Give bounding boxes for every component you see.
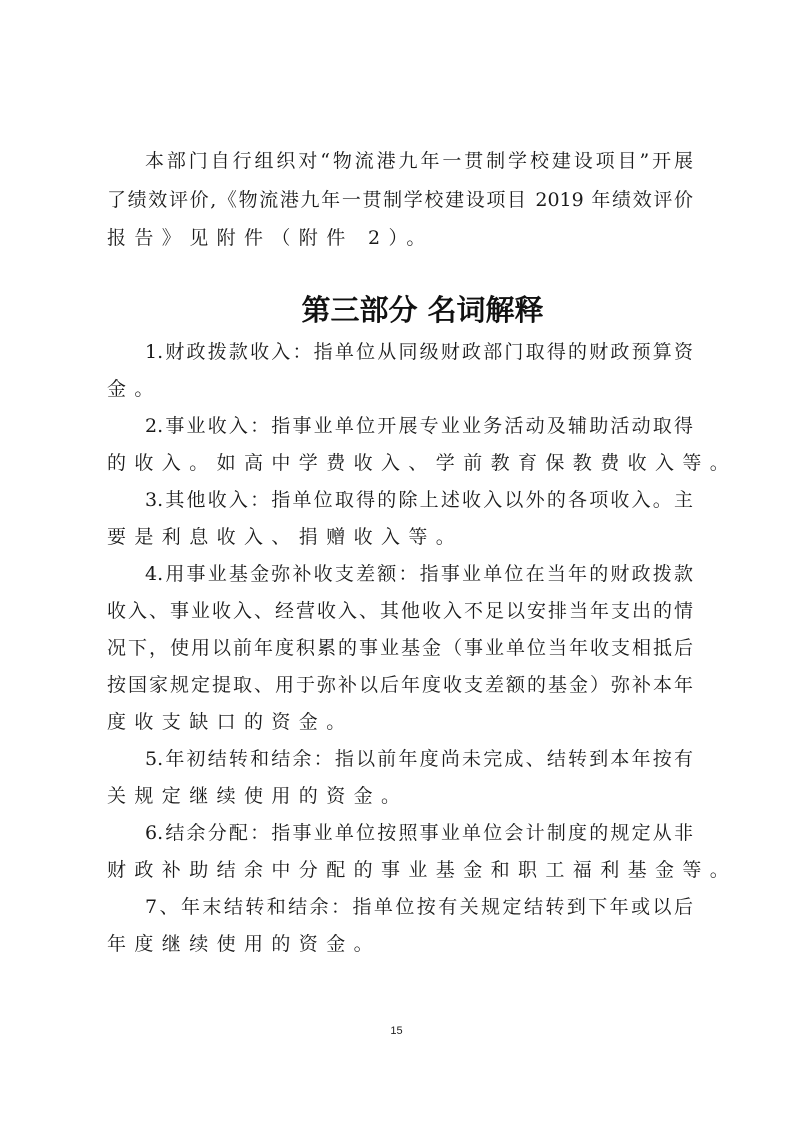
definition-line: 1.财政拨款收入：指单位从同级财政部门取得的财政预算资 [145,337,693,367]
definition-line: 况下，使用以前年度积累的事业基金（事业单位当年收支相抵后 [107,633,693,663]
intro-line-2: 了绩效评价,《物流港九年一贯制学校建设项目 2019 年绩效评价 [107,185,693,215]
definition-line: 3.其他收入：指单位取得的除上述收入以外的各项收入。主 [145,485,693,515]
definition-line: 年度继续使用的资金。 [107,929,693,959]
definition-line: 收入、事业收入、经营收入、其他收入不足以安排当年支出的情 [107,596,693,626]
definition-line: 要是利息收入、捐赠收入等。 [107,522,693,552]
intro-line-3: 报告》见附件（附件 2）。 [107,223,693,253]
definition-line: 按国家规定提取、用于弥补以后年度收支差额的基金）弥补本年 [107,670,693,700]
definition-line: 金。 [107,374,693,404]
definition-line: 的收入。如高中学费收入、学前教育保教费收入等。 [107,448,693,478]
document-page: 本部门自行组织对“物流港九年一贯制学校建设项目”开展 了绩效评价,《物流港九年一… [0,0,793,1122]
definition-line: 关规定继续使用的资金。 [107,781,693,811]
definition-line: 2.事业收入：指事业单位开展专业业务活动及辅助活动取得 [145,411,693,441]
definition-line: 财政补助结余中分配的事业基金和职工福利基金等。 [107,855,693,885]
intro-line-1: 本部门自行组织对“物流港九年一贯制学校建设项目”开展 [145,146,693,176]
definition-line: 4.用事业基金弥补收支差额：指事业单位在当年的财政拨款 [145,559,693,589]
definition-line: 5.年初结转和结余：指以前年度尚未完成、结转到本年按有 [145,744,693,774]
definition-line: 7、年末结转和结余：指单位按有关规定结转到下年或以后 [145,892,693,922]
definition-line: 度收支缺口的资金。 [107,707,693,737]
definition-line: 6.结余分配：指事业单位按照事业单位会计制度的规定从非 [145,818,693,848]
page-number: 15 [0,1025,793,1037]
section-heading: 第三部分 名词解释 [0,290,793,330]
